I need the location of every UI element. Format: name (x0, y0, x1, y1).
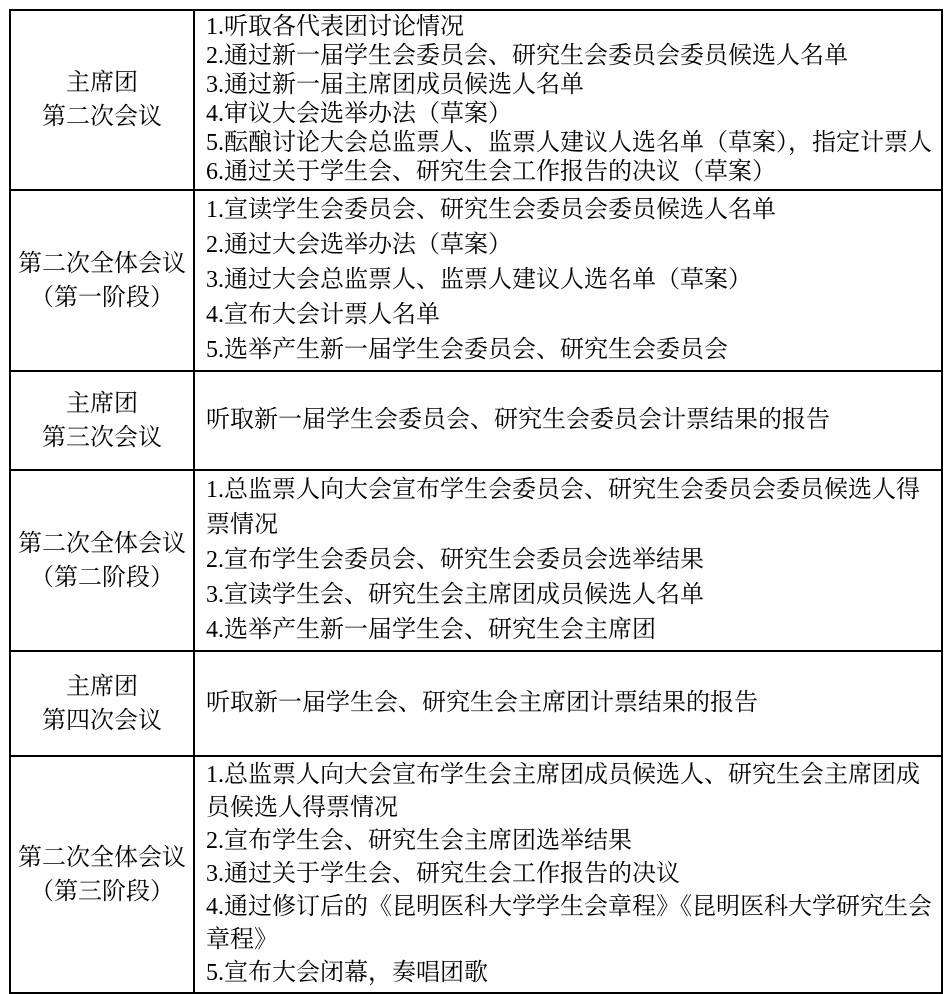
session-cell: 第二次全体会议 （第三阶段） (11, 757, 195, 978)
agenda-item: 4.宣布大会计票人名单 (206, 298, 937, 333)
session-title-line: 主席团 (66, 387, 138, 421)
session-title-line: 第二次会议 (42, 100, 162, 134)
session-title-line: 第四次会议 (42, 704, 162, 738)
session-title-line: 主席团 (66, 670, 138, 704)
session-cell: 主席团 第四次会议 (11, 652, 195, 755)
session-title-line: 第二次全体会议 (18, 527, 186, 561)
session-title-line: 第二次全体会议 (18, 247, 186, 281)
agenda-table: 主席团 第二次会议 1.听取各代表团讨论情况 2.通过新一届学生会委员会、研究生… (9, 9, 943, 978)
table-row: 主席团 第二次会议 1.听取各代表团讨论情况 2.通过新一届学生会委员会、研究生… (11, 11, 941, 189)
session-title-line: 第三次会议 (42, 421, 162, 455)
agenda-item: 4.通过修订后的《昆明医科大学学生会章程》《昆明医科大学研究生会章程》 (206, 891, 937, 957)
table-row: 第二次全体会议 （第二阶段） 1.总监票人向大会宣布学生会委员会、研究生会委员会… (11, 469, 941, 650)
agenda-item: 2.通过大会选举办法（草案） (206, 228, 937, 263)
agenda-item: 4.审议大会选举办法（草案） (206, 100, 937, 129)
session-title-line: （第一阶段） (30, 281, 174, 315)
agenda-item: 3.通过关于学生会、研究生会工作报告的决议 (206, 858, 937, 891)
agenda-item: 6.通过关于学生会、研究生会工作报告的决议（草案） (206, 158, 937, 187)
agenda-item: 4.选举产生新一届学生会、研究生会主席团 (206, 613, 937, 648)
agenda-item: 1.总监票人向大会宣布学生会主席团成员候选人、研究生会主席团成员候选人得票情况 (206, 759, 937, 825)
agenda-cell: 听取新一届学生会、研究生会主席团计票结果的报告 (195, 652, 941, 755)
session-title-line: （第二阶段） (30, 561, 174, 595)
agenda-item: 听取新一届学生会委员会、研究生会委员会计票结果的报告 (206, 404, 937, 437)
agenda-cell: 1.总监票人向大会宣布学生会委员会、研究生会委员会委员候选人得票情况 2.宣布学… (195, 471, 941, 650)
table-row: 第二次全体会议 （第一阶段） 1.宣读学生会委员会、研究生会委员会委员候选人名单… (11, 189, 941, 370)
agenda-cell: 1.宣读学生会委员会、研究生会委员会委员候选人名单 2.通过大会选举办法（草案）… (195, 191, 941, 370)
agenda-item: 3.宣读学生会、研究生会主席团成员候选人名单 (206, 578, 937, 613)
agenda-item: 2.通过新一届学生会委员会、研究生会委员会委员候选人名单 (206, 42, 937, 71)
agenda-item: 1.宣读学生会委员会、研究生会委员会委员候选人名单 (206, 193, 937, 228)
session-title-line: 主席团 (66, 66, 138, 100)
agenda-item: 5.宣布大会闭幕，奏唱团歌 (206, 957, 937, 978)
agenda-item: 3.通过大会总监票人、监票人建议人选名单（草案） (206, 263, 937, 298)
agenda-cell: 1.总监票人向大会宣布学生会主席团成员候选人、研究生会主席团成员候选人得票情况 … (195, 757, 941, 978)
agenda-item: 1.听取各代表团讨论情况 (206, 13, 937, 42)
session-title-line: （第三阶段） (30, 875, 174, 909)
agenda-cell: 听取新一届学生会委员会、研究生会委员会计票结果的报告 (195, 372, 941, 469)
agenda-item: 5.选举产生新一届学生会委员会、研究生会委员会 (206, 333, 937, 368)
table-row: 第二次全体会议 （第三阶段） 1.总监票人向大会宣布学生会主席团成员候选人、研究… (11, 755, 941, 978)
session-cell: 第二次全体会议 （第一阶段） (11, 191, 195, 370)
session-cell: 主席团 第三次会议 (11, 372, 195, 469)
session-title-line: 第二次全体会议 (18, 841, 186, 875)
agenda-item: 5.酝酿讨论大会总监票人、监票人建议人选名单（草案），指定计票人 (206, 129, 937, 158)
table-row: 主席团 第四次会议 听取新一届学生会、研究生会主席团计票结果的报告 (11, 650, 941, 755)
agenda-item: 1.总监票人向大会宣布学生会委员会、研究生会委员会委员候选人得票情况 (206, 473, 937, 543)
agenda-item: 3.通过新一届主席团成员候选人名单 (206, 71, 937, 100)
agenda-cell: 1.听取各代表团讨论情况 2.通过新一届学生会委员会、研究生会委员会委员候选人名… (195, 11, 941, 189)
agenda-item: 听取新一届学生会、研究生会主席团计票结果的报告 (206, 687, 937, 720)
agenda-item: 2.宣布学生会委员会、研究生会委员会选举结果 (206, 543, 937, 578)
table-row: 主席团 第三次会议 听取新一届学生会委员会、研究生会委员会计票结果的报告 (11, 370, 941, 469)
session-cell: 第二次全体会议 （第二阶段） (11, 471, 195, 650)
session-cell: 主席团 第二次会议 (11, 11, 195, 189)
agenda-item: 2.宣布学生会、研究生会主席团选举结果 (206, 825, 937, 858)
